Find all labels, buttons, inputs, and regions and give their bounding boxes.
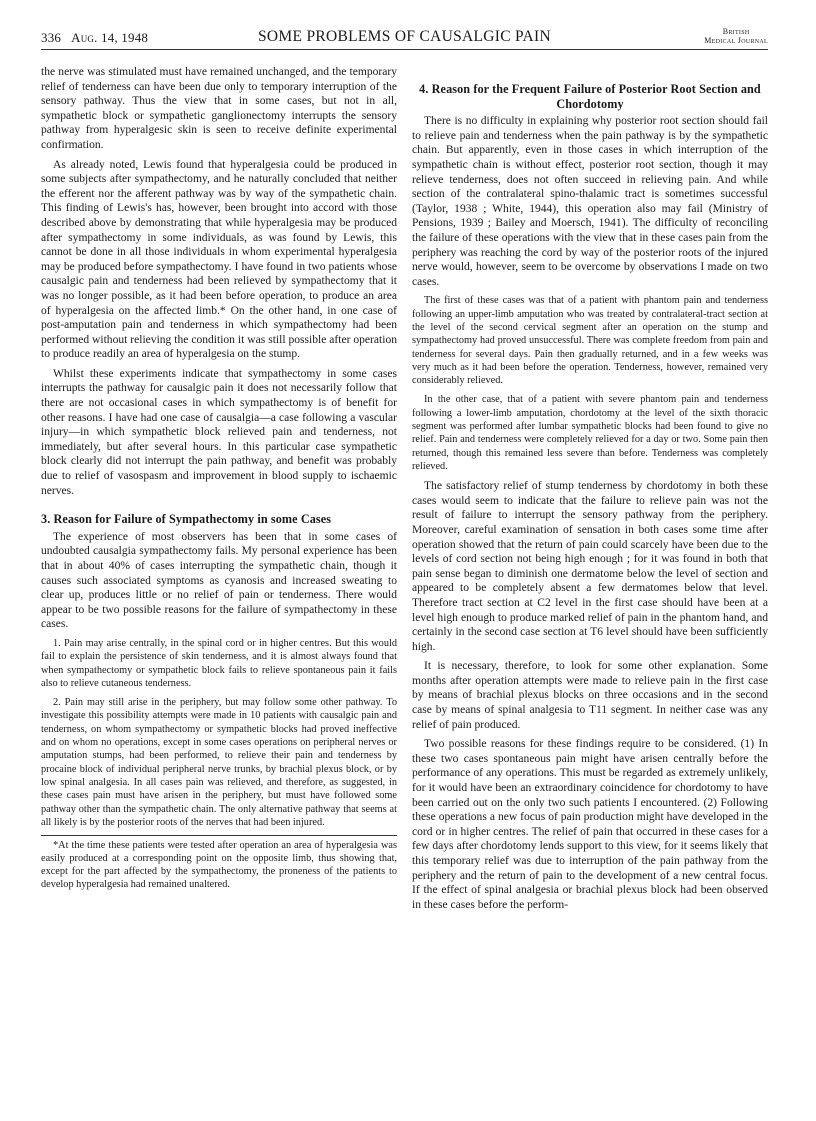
numbered-paragraph-2: 2. Pain may still arise in the periphery…	[41, 696, 397, 829]
paragraph: It is necessary, therefore, to look for …	[412, 659, 768, 732]
header-rule	[41, 49, 768, 50]
journal-name: British Medical Journal	[704, 27, 768, 45]
numbered-paragraph-1: 1. Pain may arise centrally, in the spin…	[41, 637, 397, 690]
left-column: the nerve was stimulated must have remai…	[41, 65, 397, 891]
section-heading-3: 3. Reason for Failure of Sympathectomy i…	[41, 512, 397, 527]
journal-name-line1: British	[704, 27, 768, 36]
running-header: 336Aug. 14, 1948 SOME PROBLEMS OF CAUSAL…	[41, 22, 768, 50]
article-title: SOME PROBLEMS OF CAUSALGIC PAIN	[41, 28, 768, 46]
paragraph: Two possible reasons for these findings …	[412, 737, 768, 912]
right-column: 4. Reason for the Frequent Failure of Po…	[412, 82, 768, 917]
paragraph: The experience of most observers has bee…	[41, 530, 397, 632]
journal-name-line2: Medical Journal	[704, 36, 768, 45]
section-heading-4: 4. Reason for the Frequent Failure of Po…	[412, 82, 768, 111]
footnote: *At the time these patients were tested …	[41, 840, 397, 891]
case-paragraph-2: In the other case, that of a patient wit…	[412, 393, 768, 473]
paragraph: The satisfactory relief of stump tendern…	[412, 479, 768, 654]
paragraph: As already noted, Lewis found that hyper…	[41, 158, 397, 362]
paragraph: Whilst these experiments indicate that s…	[41, 367, 397, 498]
case-paragraph-1: The first of these cases was that of a p…	[412, 294, 768, 387]
paragraph: There is no difficulty in explaining why…	[412, 114, 768, 289]
footnote-rule	[41, 835, 397, 836]
paragraph: the nerve was stimulated must have remai…	[41, 65, 397, 153]
